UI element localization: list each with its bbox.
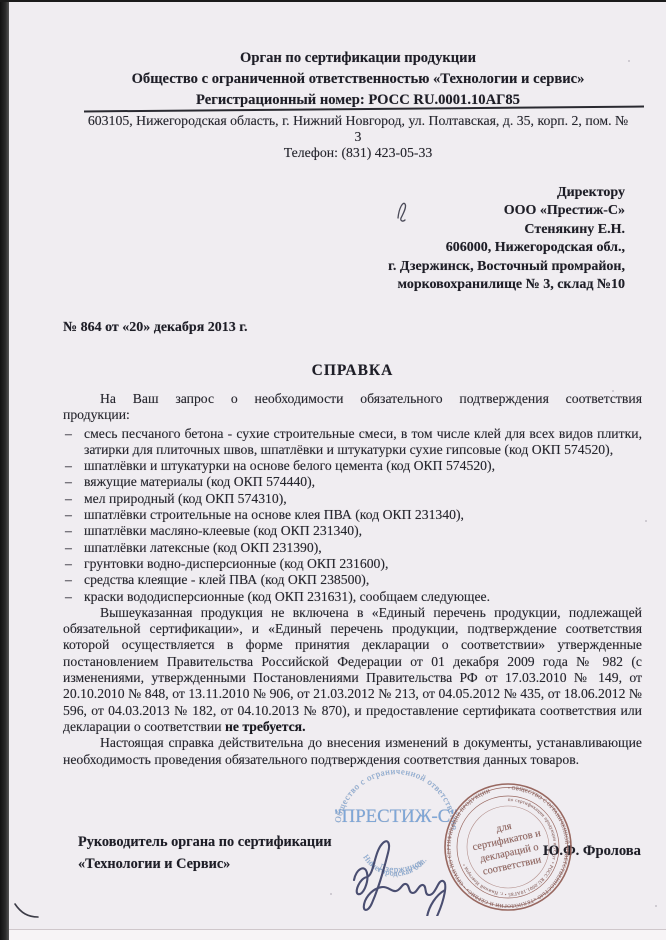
product-list-item: –шпатлёвки строительные на основе клея П…: [63, 507, 642, 523]
letterhead-address-line1: 603105, Нижегородская область, г. Нижний…: [63, 113, 653, 129]
intro-paragraph-line2: продукции:: [63, 407, 642, 423]
product-list-item: –грунтовки водно-дисперсионные (код ОКП …: [63, 556, 642, 572]
list-dash: –: [65, 589, 72, 605]
product-item-text: средства клеящие - клей ПВА (код ОКП 238…: [84, 572, 369, 587]
list-dash: –: [65, 507, 72, 523]
recipient-line: ООО «Престиж-С»: [295, 202, 625, 220]
scan-speckle: [628, 60, 630, 62]
scan-speckle: [612, 390, 614, 392]
product-item-text: грунтовки водно-дисперсионные (код ОКП 2…: [84, 556, 388, 571]
list-dash: –: [65, 540, 72, 556]
product-list-item: –краски вододисперсионные (код ОКП 23163…: [63, 589, 642, 605]
product-item-text: вяжущие материалы (код ОКП 574440),: [84, 474, 315, 489]
letterhead-company-line: Общество с ограниченной ответственностью…: [63, 71, 653, 88]
product-item-text: шпатлёвки строительные на основе клея ПВ…: [84, 507, 464, 522]
red-certification-stamp: • ОБЩЕСТВО С ОГРАНИЧЕННОЙ ОТВЕТСТВЕННОСТ…: [438, 780, 578, 914]
letterhead-org-line: Орган по сертификации продукции: [63, 50, 653, 67]
scan-speckle: [645, 520, 647, 522]
signoff-position-line2: «Технологии и Сервис»: [78, 853, 332, 875]
scan-speckle: [330, 893, 332, 895]
product-item-text: краски вододисперсионные (код ОКП 231631…: [84, 589, 490, 604]
product-item-text: шпатлёвки и штукатурки на основе белого …: [84, 458, 495, 473]
recipient-line: морковохранилище № 3, склад №10: [295, 276, 625, 294]
intro-paragraph-line1: На Ваш запрос о необходимости обязательн…: [63, 391, 642, 407]
product-item-text: мел природный (код ОКП 574310),: [84, 491, 287, 506]
pen-stroke-bottom-left: [13, 902, 43, 924]
scan-edge-top: [0, 0, 666, 2]
product-list-item: –смесь песчаного бетона - сухие строител…: [63, 426, 642, 459]
list-dash: –: [65, 426, 72, 442]
pen-squiggle-mark: [394, 198, 412, 226]
signoff-position-line1: Руководитель органа по сертификации: [78, 831, 332, 853]
red-stamp-center-line1: для: [495, 821, 513, 835]
list-dash: –: [65, 458, 72, 474]
recipient-line: Директору: [295, 184, 625, 202]
product-list: –смесь песчаного бетона - сухие строител…: [63, 426, 642, 605]
document-body: На Ваш запрос о необходимости обязательн…: [63, 391, 642, 768]
paragraph-not-included: Вышеуказанная продукция не включена в «Е…: [63, 605, 642, 735]
reference-number-line: № 864 от «20» декабря 2013 г.: [63, 320, 248, 336]
recipient-line: Стенякину Е.Н.: [295, 221, 625, 239]
product-item-text: шпатлёвки масляно-клеевые (код ОКП 23134…: [84, 523, 362, 538]
product-item-text: смесь песчаного бетона - сухие строитель…: [84, 426, 642, 457]
scan-edge-left: [0, 0, 9, 940]
recipient-block: Директору ООО «Престиж-С» Стенякину Е.Н.…: [295, 184, 625, 294]
product-list-item: –средства клеящие - клей ПВА (код ОКП 23…: [63, 572, 642, 588]
product-list-item: –шпатлёвки латексные (код ОКП 231390),: [63, 540, 642, 556]
list-dash: –: [65, 523, 72, 539]
letterhead-phone: Телефон: (831) 423-05-33: [63, 145, 653, 161]
not-required-bold-text: не требуется.: [225, 719, 306, 734]
document-title: СПРАВКА: [63, 362, 642, 380]
scanned-document-page: Орган по сертификации продукции Общество…: [0, 0, 666, 940]
scan-speckle: [655, 905, 657, 907]
list-dash: –: [65, 556, 72, 572]
product-list-item: –шпатлёвки и штукатурки на основе белого…: [63, 458, 642, 474]
list-dash: –: [65, 572, 72, 588]
product-list-item: –шпатлёвки масляно-клеевые (код ОКП 2313…: [63, 523, 642, 539]
scan-edge-bottom: [0, 929, 666, 940]
list-dash: –: [65, 474, 72, 490]
recipient-line: 606000, Нижегородская обл.,: [295, 239, 625, 257]
product-item-text: шпатлёвки латексные (код ОКП 231390),: [84, 540, 322, 555]
signoff-position-block: Руководитель органа по сертификации «Тех…: [78, 831, 332, 875]
product-list-item: –вяжущие материалы (код ОКП 574440),: [63, 474, 642, 490]
list-dash: –: [65, 491, 72, 507]
letterhead-address-line2: 3: [63, 129, 653, 145]
product-list-item: –мел природный (код ОКП 574310),: [63, 491, 642, 507]
paragraph-not-included-text: Вышеуказанная продукция не включена в «Е…: [63, 605, 642, 734]
recipient-line: г. Дзержинск, Восточный промрайон,: [295, 258, 625, 276]
